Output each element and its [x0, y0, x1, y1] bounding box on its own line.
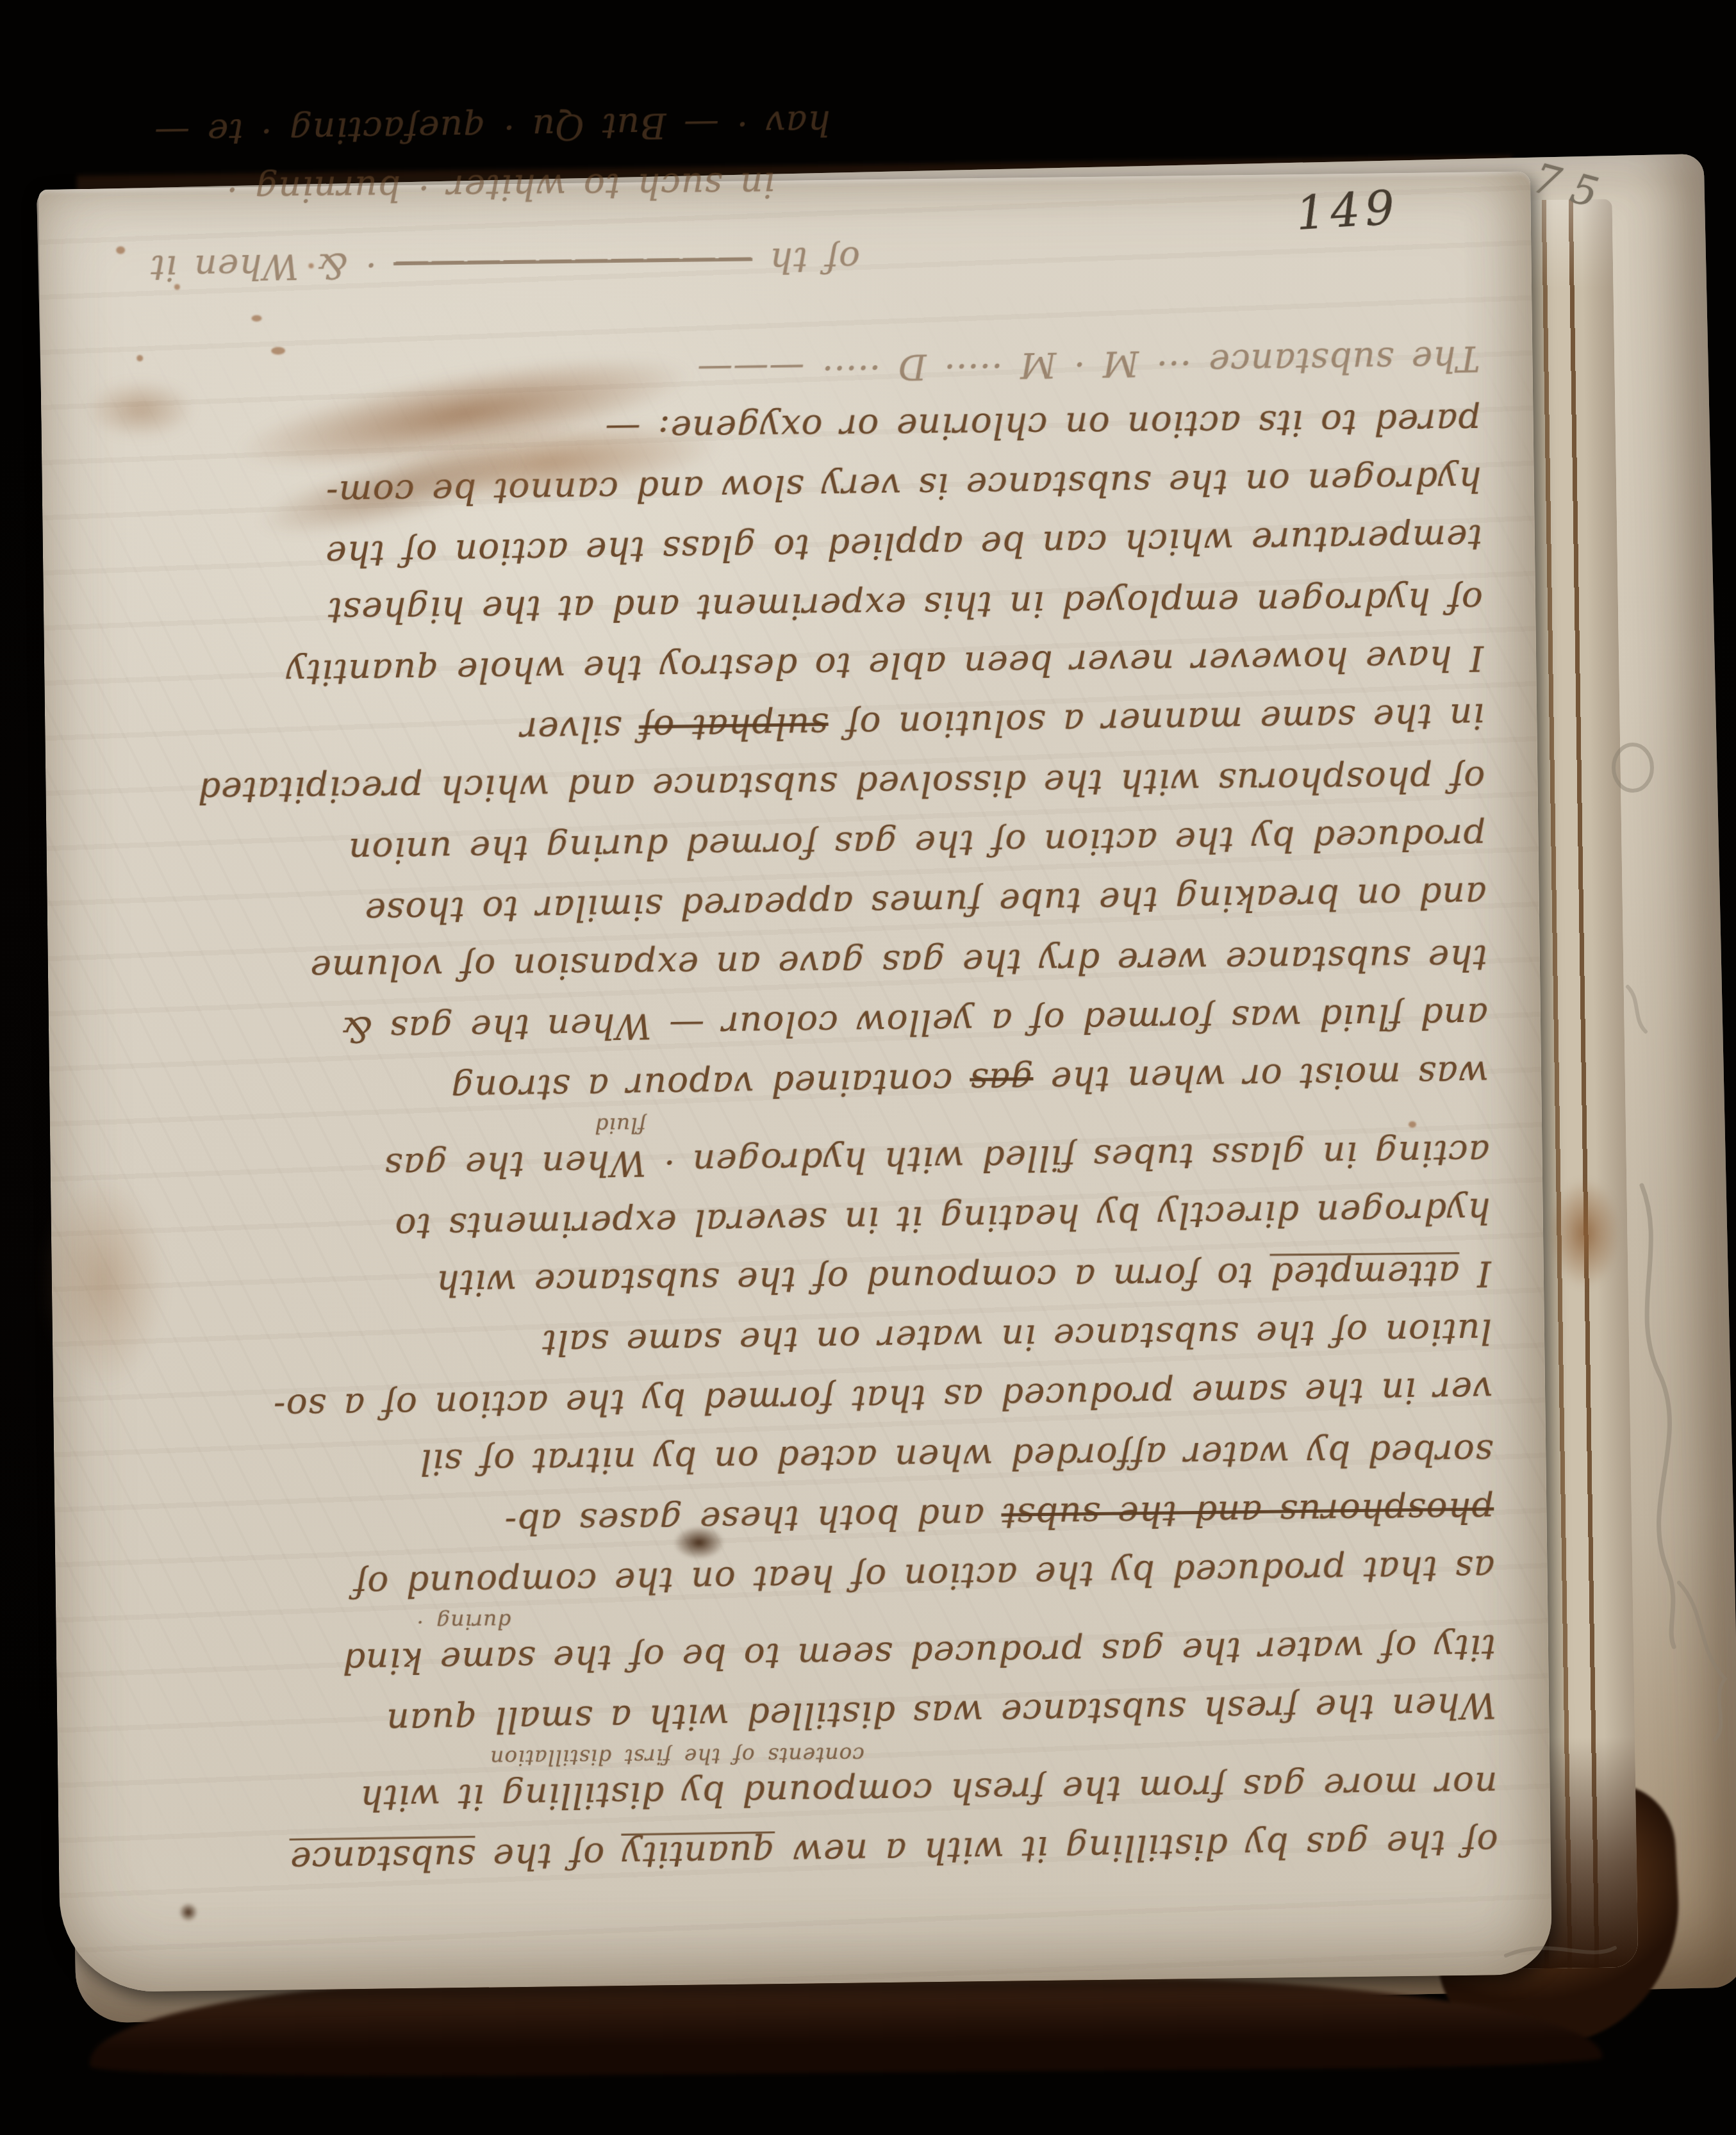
handwritten-text: in such to whiter · burning ·: [226, 165, 775, 211]
handwritten-text: of the: [475, 1835, 622, 1878]
handwritten-text: and both these gases ab-: [504, 1496, 1002, 1543]
handwritten-text: hydrogen directly by heating it in sever…: [394, 1191, 1491, 1248]
handwritten-text: to form a compound of the substance with: [436, 1255, 1270, 1304]
handwritten-text: of th: [752, 239, 861, 281]
handwritten-text: of phosphorus with the dissolved substan…: [197, 759, 1485, 811]
handwritten-text: The substance ··· M · M ····· D ····· ——…: [697, 338, 1480, 391]
handwritten-text: as that produced by the action of heat o…: [353, 1548, 1495, 1606]
handwritten-text: ver in the same produced as that formed …: [273, 1369, 1493, 1428]
handwritten-text: the substance were dry the gas gave an e…: [310, 937, 1487, 989]
handwritten-text: pared to its action on chlorine or oxyge…: [604, 401, 1481, 450]
handwritten-text: and fluid was formed of a yellow colour …: [340, 995, 1489, 1050]
handwritten-text: sorbed by water afforded when acted on b…: [420, 1432, 1494, 1483]
underlined-text: substance: [290, 1837, 476, 1881]
handwritten-text: fluid: [594, 1113, 646, 1139]
handwritten-text: produced by the action of the gas formed…: [348, 816, 1486, 871]
underlined-text: attempted: [1270, 1253, 1460, 1296]
handwritten-text: in the same manner a solution of: [828, 696, 1484, 746]
manuscript-line: hav · — But Qu · quefacting · te —: [70, 93, 831, 163]
manuscript-page: of the gas by distilling it with a new q…: [38, 172, 1552, 1993]
handwritten-text: tity of water the gas produced seem to b…: [342, 1627, 1496, 1682]
handwritten-text: · & When it: [150, 245, 394, 289]
underlined-text: quantity: [621, 1833, 775, 1876]
handwritten-text: acting in glass tubes filled with hydrog…: [384, 1132, 1490, 1187]
manuscript-line: in such to whiter · burning ·: [72, 155, 775, 221]
handwritten-text: I have however never been able to destro…: [285, 638, 1484, 694]
handwritten-text: lution of the substance in water on the …: [541, 1311, 1492, 1364]
struck-text: gas: [970, 1060, 1034, 1101]
handwritten-text: hydrogen on the substance is very slow a…: [326, 459, 1482, 515]
handwritten-text: nor more gas from the fresh compound by …: [360, 1764, 1498, 1819]
handwritten-text: of the gas by distilling it with a new: [775, 1822, 1498, 1874]
folio-number-ink: 149: [1294, 181, 1401, 241]
handwritten-text: contained vapour a strong: [451, 1061, 970, 1110]
handwritten-text: was moist or when the: [1033, 1053, 1489, 1101]
text-layer: of the gas by distilling it with a new q…: [38, 172, 1552, 1993]
handwritten-text: hav · — But Qu · quefacting · te —: [154, 103, 831, 153]
handwritten-text: of hydrogen employed in this experiment …: [327, 580, 1484, 631]
photo-background: of the gas by distilling it with a new q…: [0, 0, 1736, 2135]
manuscript-line: of th —————————— · & When it: [72, 229, 861, 299]
handwritten-text: temperature which can be applied to glas…: [325, 517, 1483, 575]
handwritten-text: I: [1459, 1253, 1491, 1294]
fore-edge-stain: [1550, 1179, 1620, 1288]
handwritten-text: and on breaking the tube fumes appeared …: [364, 875, 1487, 932]
handwritten-text: silver: [520, 708, 640, 751]
handwritten-text: When the fresh substance was distilled w…: [386, 1685, 1497, 1742]
struck-text: phosphorus and the subst: [1001, 1490, 1494, 1537]
struck-text: sulphat of: [639, 705, 829, 749]
struck-text: ——————————: [393, 240, 753, 286]
